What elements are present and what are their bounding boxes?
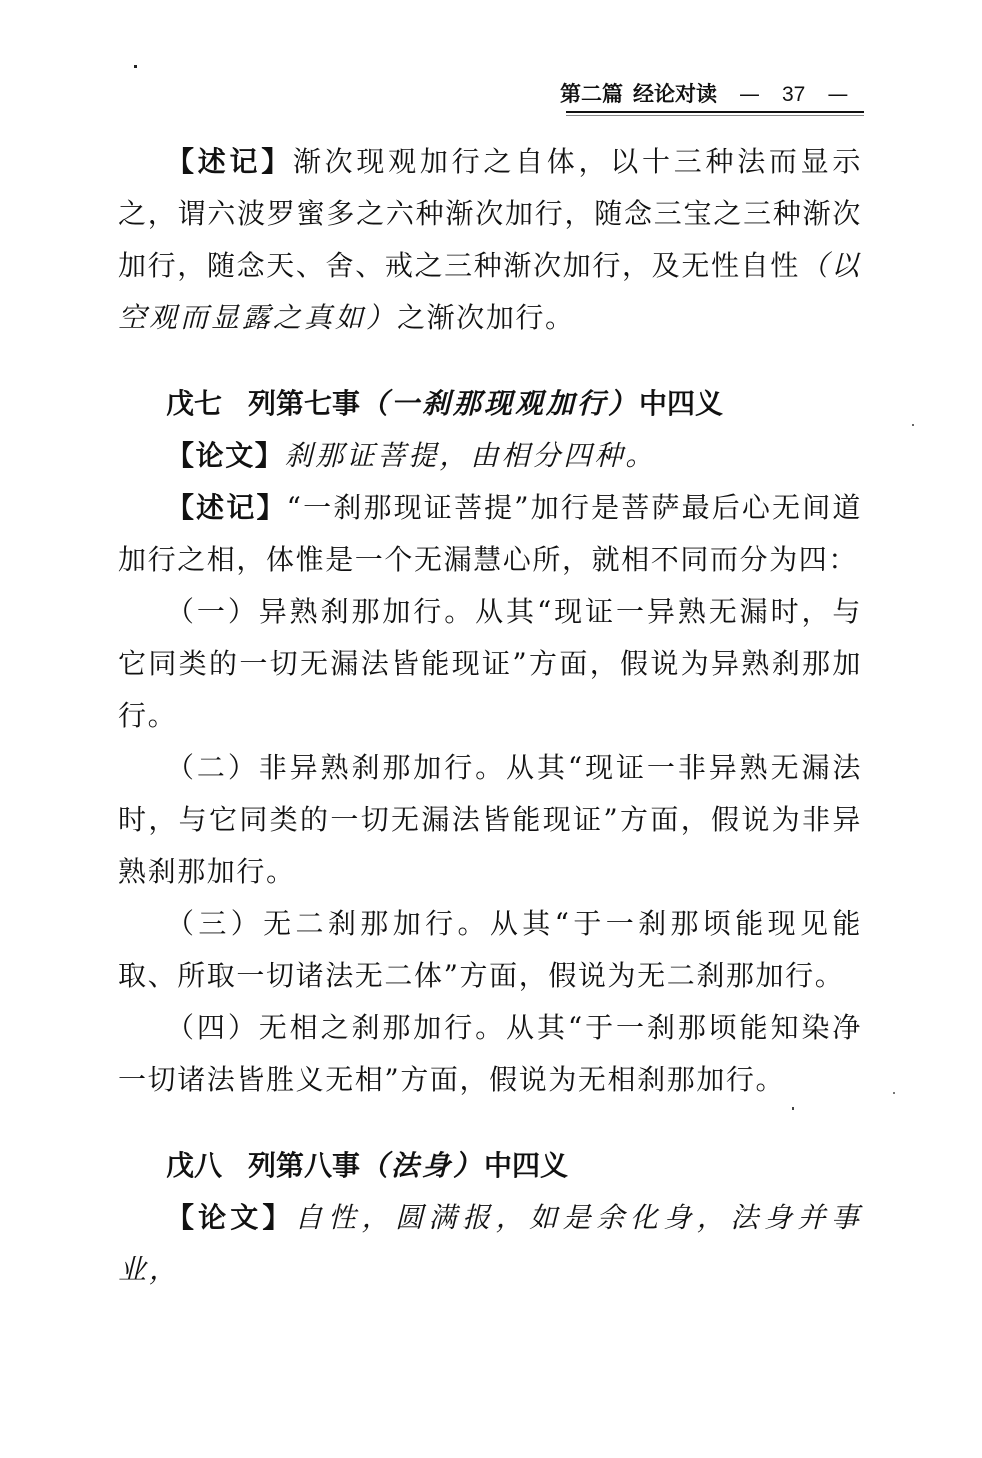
header-title: 经论对读 <box>633 80 717 108</box>
list-item-3: （三）无二刹那加行。从其“于一刹那顷能现见能取、所取一切诸法无二体”方面，假说为… <box>118 898 862 1002</box>
heading-suffix: 中四义 <box>484 1149 568 1182</box>
scan-speck <box>134 65 137 68</box>
intro-commentary: 【述记】渐次现观加行之自体，以十三种法而显示之，谓六波罗蜜多之六种渐次加行，随念… <box>118 136 862 344</box>
verse-wu-qi: 【论文】刹那证菩提，由相分四种。 <box>118 430 862 482</box>
heading-suffix: 中四义 <box>639 387 723 420</box>
heading-paren: （法身） <box>360 1149 484 1182</box>
section-heading-wu-qi: 戊七列第七事（一刹那现观加行）中四义 <box>118 378 862 430</box>
heading-main: 列第八事 <box>248 1149 360 1182</box>
list-item-4: （四）无相之刹那加行。从其“于一刹那顷能知染净一切诸法皆胜义无相”方面，假说为无… <box>118 1002 862 1106</box>
scan-speck <box>893 1092 895 1094</box>
scan-speck <box>912 424 914 426</box>
verse-wu-ba: 【论文】自性，圆满报，如是余化身，法身并事业， <box>118 1192 862 1296</box>
heading-paren: （一刹那现观加行） <box>360 387 639 420</box>
header-rule <box>566 111 864 113</box>
section-spacer <box>118 344 862 378</box>
list-item-1: （一）异熟刹那加行。从其“现证一异熟无漏时，与它同类的一切无漏法皆能现证”方面，… <box>118 586 862 742</box>
book-page: 第二篇 经论对读 — 37 — 【述记】渐次现观加行之自体，以十三种法而显示之，… <box>0 0 982 1458</box>
section-spacer <box>118 1106 862 1140</box>
page-number: 37 <box>782 81 805 109</box>
commentary-tail: 之渐次加行。 <box>397 301 575 334</box>
item-marker: （四） <box>166 1011 259 1044</box>
verse-label: 【论文】 <box>166 1201 295 1234</box>
header-dash-right: — <box>827 80 848 108</box>
header-part: 第二篇 <box>560 80 623 108</box>
header-rule-thin <box>566 115 864 116</box>
item-marker: （三） <box>166 907 263 940</box>
list-item-2: （二）非异熟刹那加行。从其“现证一非异熟无漏法时，与它同类的一切无漏法皆能现证”… <box>118 742 862 898</box>
running-header: 第二篇 经论对读 — 37 — <box>560 80 862 108</box>
item-marker: （二） <box>166 751 259 784</box>
commentary-wu-qi: 【述记】“一刹那现证菩提”加行是菩萨最后心无间道加行之相，体惟是一个无漏慧心所，… <box>118 482 862 586</box>
commentary-label: 【述记】 <box>166 491 287 524</box>
page-body: 【述记】渐次现观加行之自体，以十三种法而显示之，谓六波罗蜜多之六种渐次加行，随念… <box>118 136 862 1296</box>
header-dash-left: — <box>739 80 760 108</box>
verse-text: 刹那证菩提，由相分四种。 <box>284 439 656 472</box>
heading-prefix: 戊七 <box>166 387 222 420</box>
item-marker: （一） <box>166 595 259 628</box>
heading-prefix: 戊八 <box>166 1149 222 1182</box>
verse-label: 【论文】 <box>166 439 284 472</box>
heading-main: 列第七事 <box>248 387 360 420</box>
section-heading-wu-ba: 戊八列第八事（法身）中四义 <box>118 1140 862 1192</box>
commentary-label: 【述记】 <box>166 145 293 178</box>
